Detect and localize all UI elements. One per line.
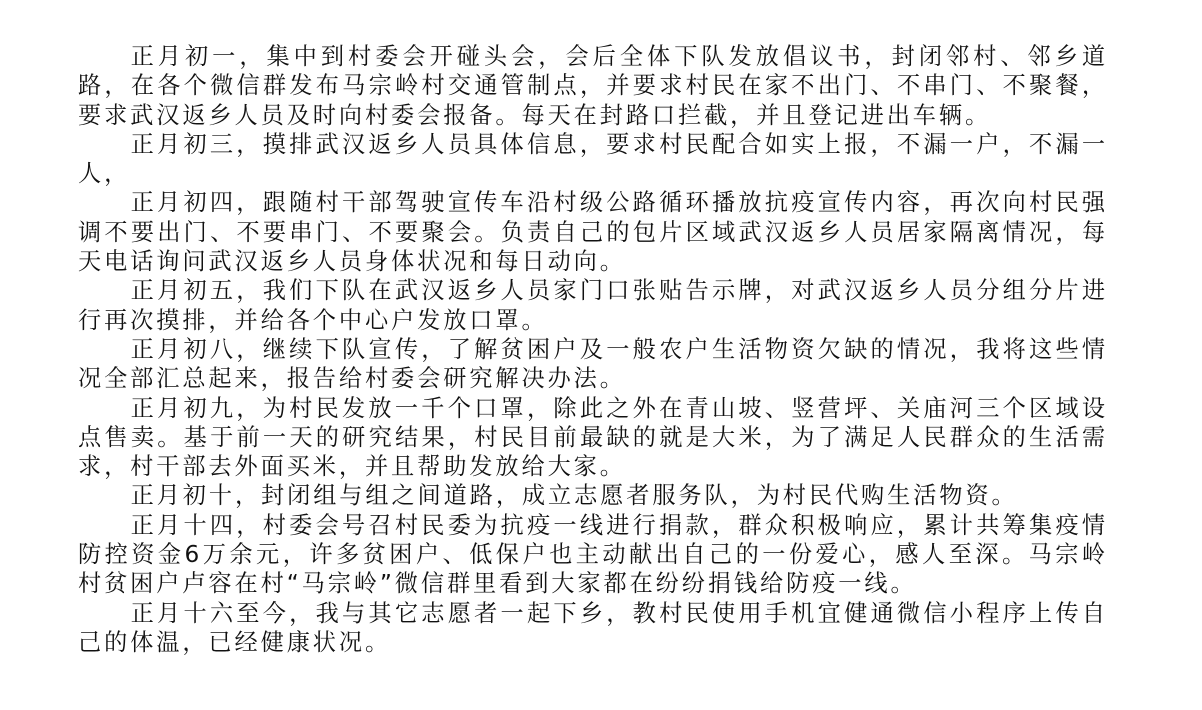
paragraph-day-3: 正月初三，摸排武汉返乡人员具体信息，要求村民配合如实上报，不漏一户，不漏一人， [78, 130, 1108, 189]
paragraph-day-16: 正月十六至今，我与其它志愿者一起下乡，教村民使用手机宜健通微信小程序上传自己的体… [78, 599, 1108, 658]
paragraph-day-4: 正月初四，跟随村干部驾驶宣传车沿村级公路循环播放抗疫宣传内容，再次向村民强调不要… [78, 188, 1108, 276]
paragraph-day-8: 正月初八，继续下队宣传，了解贫困户及一般农户生活物资欠缺的情况，我将这些情况全部… [78, 335, 1108, 394]
document-body: 正月初一，集中到村委会开碰头会，会后全体下队发放倡议书，封闭邻村、邻乡道路，在各… [78, 42, 1108, 657]
paragraph-day-10: 正月初十，封闭组与组之间道路，成立志愿者服务队，为村民代购生活物资。 [78, 481, 1108, 510]
paragraph-day-14: 正月十四，村委会号召村民委为抗疫一线进行捐款，群众积极响应，累计共筹集疫情防控资… [78, 511, 1108, 599]
paragraph-day-5: 正月初五，我们下队在武汉返乡人员家门口张贴告示牌，对武汉返乡人员分组分片进行再次… [78, 276, 1108, 335]
paragraph-day-1: 正月初一，集中到村委会开碰头会，会后全体下队发放倡议书，封闭邻村、邻乡道路，在各… [78, 42, 1108, 130]
paragraph-day-9: 正月初九，为村民发放一千个口罩，除此之外在青山坡、竖营坪、关庙河三个区域设点售卖… [78, 394, 1108, 482]
